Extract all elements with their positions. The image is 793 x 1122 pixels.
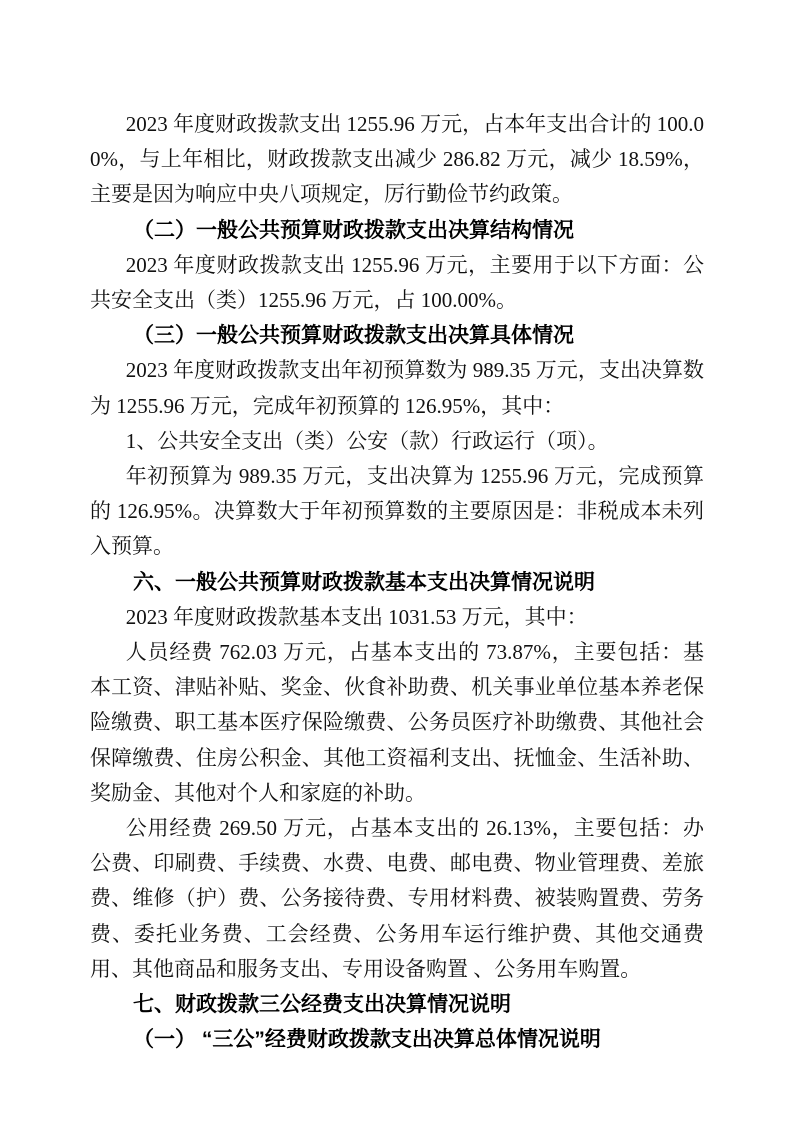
heading-section-7-three-public-funds: 七、财政拨款三公经费支出决算情况说明 [90, 987, 704, 1022]
document-body: 2023 年度财政拨款支出 1255.96 万元，占本年支出合计的 100.00… [90, 107, 704, 1057]
para-personnel-funds: 人员经费 762.03 万元，占基本支出的 73.87%，主要包括：基本工资、津… [90, 635, 704, 811]
heading-section-6-basic-expenditure: 六、一般公共预算财政拨款基本支出决算情况说明 [90, 565, 704, 600]
heading-section-2-structure: （二）一般公共预算财政拨款支出决算结构情况 [90, 213, 704, 248]
para-item-1-detail: 年初预算为 989.35 万元，支出决算为 1255.96 万元，完成预算的 1… [90, 459, 704, 565]
para-item-1-public-security: 1、公共安全支出（类）公安（款）行政运行（项）。 [90, 424, 704, 459]
heading-section-3-specifics: （三）一般公共预算财政拨款支出决算具体情况 [90, 318, 704, 353]
document-page: 2023 年度财政拨款支出 1255.96 万元，占本年支出合计的 100.00… [0, 0, 793, 1122]
para-annual-appropriation-expenditure: 2023 年度财政拨款支出 1255.96 万元，占本年支出合计的 100.00… [90, 107, 704, 213]
para-expenditure-structure: 2023 年度财政拨款支出 1255.96 万元，主要用于以下方面：公共安全支出… [90, 248, 704, 318]
para-budget-vs-final-accounts: 2023 年度财政拨款支出年初预算数为 989.35 万元，支出决算数为 125… [90, 353, 704, 423]
para-public-funds: 公用经费 269.50 万元，占基本支出的 26.13%，主要包括：办公费、印刷… [90, 811, 704, 987]
para-basic-expenditure-total: 2023 年度财政拨款基本支出 1031.53 万元，其中： [90, 600, 704, 635]
heading-section-7-1-overall-situation: （一） “三公”经费财政拨款支出决算总体情况说明 [90, 1022, 704, 1057]
